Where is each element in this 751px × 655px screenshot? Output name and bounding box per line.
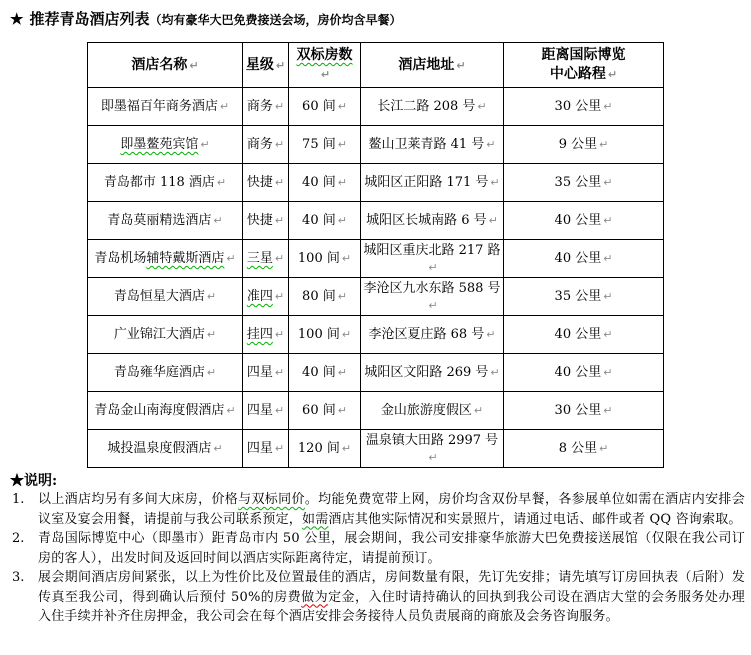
table-cell: 青岛都市 118 酒店↵ [88,164,243,202]
table-row: 青岛金山南海度假酒店↵四星↵60 间↵金山旅游度假区↵30 公里↵ [88,392,664,430]
note-item: 2.青岛国际博览中心（即墨市）距青岛市内 50 公里，展会期间，我公司安排豪华旅… [10,529,745,568]
text-segment: 100 间 [298,327,340,342]
table-row: 即墨福百年商务酒店↵商务↵60 间↵长江二路 208 号↵30 公里↵ [88,88,664,126]
table-cell: 金山旅游度假区↵ [361,392,504,430]
paragraph-mark-icon: ↵ [213,214,222,227]
paragraph-mark-icon: ↵ [275,214,284,227]
table-cell: 80 间↵ [289,278,361,316]
table-cell: 40 公里↵ [504,316,664,354]
note-number: 2. [10,529,38,549]
paragraph-mark-icon: ↵ [275,366,284,379]
table-cell: 即墨福百年商务酒店↵ [88,88,243,126]
table-cell: 商务↵ [243,126,289,164]
paragraph-mark-icon: ↵ [217,176,226,189]
paragraph-mark-icon: ↵ [275,290,284,303]
text-segment: 城阳区文阳路 269 号 [364,365,488,380]
table-cell: 30 公里↵ [504,392,664,430]
text-segment: 快捷 [247,213,273,228]
text-segment: 75 间 [302,137,336,152]
paragraph-mark-icon: ↵ [428,299,437,312]
table-cell: 40 公里↵ [504,202,664,240]
paragraph-mark-icon: ↵ [428,451,437,464]
table-cell: 四星↵ [243,430,289,468]
title-paren-text: （均有豪华大巴免费接送会场，房价均含早餐） [149,13,401,27]
table-cell: 三星↵ [243,240,289,278]
paragraph-mark-icon: ↵ [599,138,608,151]
table-cell: 35 公里↵ [504,164,664,202]
column-header: 酒店地址↵ [361,43,504,88]
text-segment: 青岛国际博览中心（即墨市）距青岛市内 50 公里，展会期间，我公司安排豪华旅游大… [38,531,745,566]
text-segment: 鳌山卫莱青路 41 号 [368,137,484,152]
text-segment: 35 公里 [555,289,602,304]
text-segment: 城投温泉度假酒店 [107,441,211,456]
text-segment: 四星 [247,441,273,456]
text-segment: 40 公里 [555,327,602,342]
paragraph-mark-icon: ↵ [456,59,465,72]
table-cell: 快捷↵ [243,202,289,240]
header-row: 酒店名称↵星级↵双标房数↵酒店地址↵距离国际博览 中心路程↵ [88,43,664,88]
table-cell: 40 间↵ [289,202,361,240]
table-cell: 准四↵ [243,278,289,316]
text-segment: 35 公里 [555,175,602,190]
text-segment: 青岛都市 118 酒店 [104,175,215,190]
paragraph-mark-icon: ↵ [603,328,612,341]
paragraph-mark-icon: ↵ [599,442,608,455]
text-segment: 120 间 [298,441,340,456]
text-segment: 城阳区正阳路 171 号 [364,175,488,190]
text-segment: 金山旅游度假区 [381,403,472,418]
note-item: 1.以上酒店均另有多间大床房，价格与双标同价。均能免费宽带上网，房价均含双份早餐… [10,490,745,529]
text-segment: 挂四 [247,327,273,342]
note-number: 3. [10,568,38,588]
table-cell: 60 间↵ [289,392,361,430]
text-segment: 30 公里 [555,403,602,418]
text-segment: 40 公里 [555,365,602,380]
table-cell: 60 间↵ [289,88,361,126]
paragraph-mark-icon: ↵ [275,442,284,455]
table-cell: 35 公里↵ [504,278,664,316]
text-segment: 快捷 [247,175,273,190]
text-segment: 与双标同价 [238,492,305,507]
table-row: 青岛都市 118 酒店↵快捷↵40 间↵城阳区正阳路 171 号↵35 公里↵ [88,164,664,202]
paragraph-mark-icon: ↵ [200,138,209,151]
notes-section: ★说明: 1.以上酒店均另有多间大床房，价格与双标同价。均能免费宽带上网，房价均… [10,473,745,627]
table-row: 青岛机场辅特戴斯酒店↵三星↵100 间↵城阳区重庆北路 217 路↵40 公里↵ [88,240,664,278]
text-segment: 如需 [302,512,328,527]
column-header: 酒店名称↵ [88,43,243,88]
table-cell: 青岛金山南海度假酒店↵ [88,392,243,430]
table-cell: 75 间↵ [289,126,361,164]
paragraph-mark-icon: ↵ [489,214,498,227]
table-cell: 30 公里↵ [504,88,664,126]
paragraph-mark-icon: ↵ [275,252,284,265]
table-cell: 青岛莫丽精选酒店↵ [88,202,243,240]
table-cell: 即墨鳌苑宾馆↵ [88,126,243,164]
hotel-table-body: 即墨福百年商务酒店↵商务↵60 间↵长江二路 208 号↵30 公里↵即墨鳌苑宾… [88,88,664,468]
paragraph-mark-icon: ↵ [220,100,229,113]
text-segment: 酒店地址 [398,57,454,73]
text-segment: 40 间 [302,213,336,228]
paragraph-mark-icon: ↵ [226,252,235,265]
table-cell: 120 间↵ [289,430,361,468]
document-page: ★推荐青岛酒店列表（均有豪华大巴免费接送会场，房价均含早餐） 酒店名称↵星级↵双… [0,0,751,655]
paragraph-mark-icon: ↵ [490,366,499,379]
table-cell: 40 间↵ [289,354,361,392]
table-row: 青岛莫丽精选酒店↵快捷↵40 间↵城阳区长城南路 6 号↵40 公里↵ [88,202,664,240]
text-segment: 四星 [247,365,273,380]
paragraph-mark-icon: ↵ [275,328,284,341]
text-segment: 青岛雍华庭酒店 [114,365,205,380]
paragraph-mark-icon: ↵ [338,138,347,151]
text-segment: 青岛恒星大酒店 [114,289,205,304]
text-segment: 长江二路 208 号 [377,99,475,114]
paragraph-mark-icon: ↵ [275,404,284,417]
table-row: 广业锦江大酒店↵挂四↵100 间↵李沧区夏庄路 68 号↵40 公里↵ [88,316,664,354]
table-cell: 城阳区重庆北路 217 路↵ [361,240,504,278]
paragraph-mark-icon: ↵ [490,176,499,189]
notes-heading: ★说明: [10,473,745,490]
paragraph-mark-icon: ↵ [213,442,222,455]
table-cell: 40 公里↵ [504,240,664,278]
column-header: 双标房数↵ [289,43,361,88]
paragraph-mark-icon: ↵ [338,176,347,189]
text-segment: 酒店其他实际情况和实景照片，请通过电话、邮件或者 QQ 咨询索取。 [328,512,741,527]
notes-list: 1.以上酒店均另有多间大床房，价格与双标同价。均能免费宽带上网，房价均含双份早餐… [10,490,745,627]
paragraph-mark-icon: ↵ [342,442,351,455]
text-segment: 青岛金山南海度假酒店 [94,403,224,418]
paragraph-mark-icon: ↵ [207,328,216,341]
note-number: 1. [10,490,38,510]
paragraph-mark-icon: ↵ [603,252,612,265]
title-main-text: 推荐青岛酒店列表 [29,10,149,28]
text-segment: 青岛机场 [94,251,146,266]
table-cell: 8 公里↵ [504,430,664,468]
table-row: 城投温泉度假酒店↵四星↵120 间↵温泉镇大田路 2997 号↵8 公里↵ [88,430,664,468]
paragraph-mark-icon: ↵ [338,366,347,379]
text-segment: 60 间 [302,99,336,114]
table-cell: 40 间↵ [289,164,361,202]
text-segment: 40 公里 [555,251,602,266]
text-segment: 即墨鳌苑宾馆 [120,137,198,152]
text-segment: 9 公里 [559,137,597,152]
table-cell: 城阳区正阳路 171 号↵ [361,164,504,202]
text-segment: 60 间 [302,403,336,418]
text-segment: 青岛莫丽精选酒店 [107,213,211,228]
note-item: 3.展会期间酒店房间紧张，以上为性价比及位置最佳的酒店，房间数量有限，先订先安排… [10,568,745,627]
table-cell: 40 公里↵ [504,354,664,392]
paragraph-mark-icon: ↵ [338,100,347,113]
text-segment: 商务 [247,99,273,114]
text-segment: 温泉镇大田路 2997 号 [366,433,498,448]
table-cell: 商务↵ [243,88,289,126]
paragraph-mark-icon: ↵ [474,404,483,417]
table-cell: 李沧区夏庄路 68 号↵ [361,316,504,354]
paragraph-mark-icon: ↵ [603,290,612,303]
text-segment: 李沧区九水东路 588 号 [363,281,500,296]
paragraph-mark-icon: ↵ [207,366,216,379]
text-segment: 8 公里 [559,441,597,456]
table-cell: 李沧区九水东路 588 号↵ [361,278,504,316]
hotel-table-header: 酒店名称↵星级↵双标房数↵酒店地址↵距离国际博览 中心路程↵ [88,43,664,88]
paragraph-mark-icon: ↵ [603,176,612,189]
text-segment: 广业锦江大酒店 [114,327,205,342]
table-cell: 长江二路 208 号↵ [361,88,504,126]
text-segment: 星级 [246,57,274,73]
text-segment: 100 间 [298,251,340,266]
table-cell: 城投温泉度假酒店↵ [88,430,243,468]
text-segment: 80 间 [302,289,336,304]
paragraph-mark-icon: ↵ [342,328,351,341]
text-segment: 即墨福百年商务酒店 [101,99,218,114]
column-header: 星级↵ [243,43,289,88]
paragraph-mark-icon: ↵ [603,366,612,379]
table-cell: 挂四↵ [243,316,289,354]
text-segment: 城阳区长城南路 6 号 [366,213,487,228]
text-segment: 准四 [247,289,273,304]
table-row: 即墨鳌苑宾馆↵商务↵75 间↵鳌山卫莱青路 41 号↵9 公里↵ [88,126,664,164]
table-cell: 青岛机场辅特戴斯酒店↵ [88,240,243,278]
text-segment: 城阳区重庆北路 217 路 [363,243,500,258]
table-cell: 广业锦江大酒店↵ [88,316,243,354]
paragraph-mark-icon: ↵ [603,404,612,417]
table-cell: 四星↵ [243,354,289,392]
note-text: 展会期间酒店房间紧张，以上为性价比及位置最佳的酒店，房间数量有限，先订先安排；请… [38,568,745,627]
table-row: 青岛雍华庭酒店↵四星↵40 间↵城阳区文阳路 269 号↵40 公里↵ [88,354,664,392]
hotel-table: 酒店名称↵星级↵双标房数↵酒店地址↵距离国际博览 中心路程↵ 即墨福百年商务酒店… [87,42,664,468]
table-row: 青岛恒星大酒店↵准四↵80 间↵李沧区九水东路 588 号↵35 公里↵ [88,278,664,316]
paragraph-mark-icon: ↵ [226,404,235,417]
paragraph-mark-icon: ↵ [608,68,617,81]
paragraph-mark-icon: ↵ [275,176,284,189]
text-segment: 40 间 [302,175,336,190]
text-segment: 双标房数 [297,47,353,63]
text-segment: 商务 [247,137,273,152]
paragraph-mark-icon: ↵ [275,138,284,151]
text-segment: 李沧区夏庄路 68 号 [368,327,484,342]
paragraph-mark-icon: ↵ [338,214,347,227]
note-text: 青岛国际博览中心（即墨市）距青岛市内 50 公里，展会期间，我公司安排豪华旅游大… [38,529,745,568]
text-segment: 以上酒店均另有多间大床房，价格 [38,492,238,507]
paragraph-mark-icon: ↵ [207,290,216,303]
text-segment: 辅特戴斯酒店 [146,251,224,266]
table-cell: 100 间↵ [289,316,361,354]
table-cell: 城阳区长城南路 6 号↵ [361,202,504,240]
table-cell: 鳌山卫莱青路 41 号↵ [361,126,504,164]
paragraph-mark-icon: ↵ [477,100,486,113]
paragraph-mark-icon: ↵ [275,100,284,113]
text-segment: 酒店名称 [131,57,187,73]
table-cell: 青岛恒星大酒店↵ [88,278,243,316]
paragraph-mark-icon: ↵ [428,261,437,274]
paragraph-mark-icon: ↵ [276,59,285,72]
table-cell: 温泉镇大田路 2997 号↵ [361,430,504,468]
column-header: 距离国际博览 中心路程↵ [504,43,664,88]
paragraph-mark-icon: ↵ [189,59,198,72]
text-segment: 三星 [247,251,273,266]
text-segment: 做为 [301,590,328,605]
table-cell: 100 间↵ [289,240,361,278]
paragraph-mark-icon: ↵ [603,100,612,113]
text-segment: 40 公里 [555,213,602,228]
paragraph-mark-icon: ↵ [338,290,347,303]
paragraph-mark-icon: ↵ [603,214,612,227]
paragraph-mark-icon: ↵ [338,404,347,417]
note-text: 以上酒店均另有多间大床房，价格与双标同价。均能免费宽带上网，房价均含双份早餐，各… [38,490,745,529]
paragraph-mark-icon: ↵ [486,328,495,341]
table-cell: 青岛雍华庭酒店↵ [88,354,243,392]
paragraph-mark-icon: ↵ [342,252,351,265]
text-segment: 四星 [247,403,273,418]
table-cell: 城阳区文阳路 269 号↵ [361,354,504,392]
table-cell: 快捷↵ [243,164,289,202]
paragraph-mark-icon: ↵ [321,68,330,81]
paragraph-mark-icon: ↵ [486,138,495,151]
table-cell: 9 公里↵ [504,126,664,164]
document-title: ★推荐青岛酒店列表（均有豪华大巴免费接送会场，房价均含早餐） [10,8,745,31]
text-segment: 40 间 [302,365,336,380]
star-icon: ★ [10,10,23,28]
table-cell: 四星↵ [243,392,289,430]
text-segment: 30 公里 [555,99,602,114]
